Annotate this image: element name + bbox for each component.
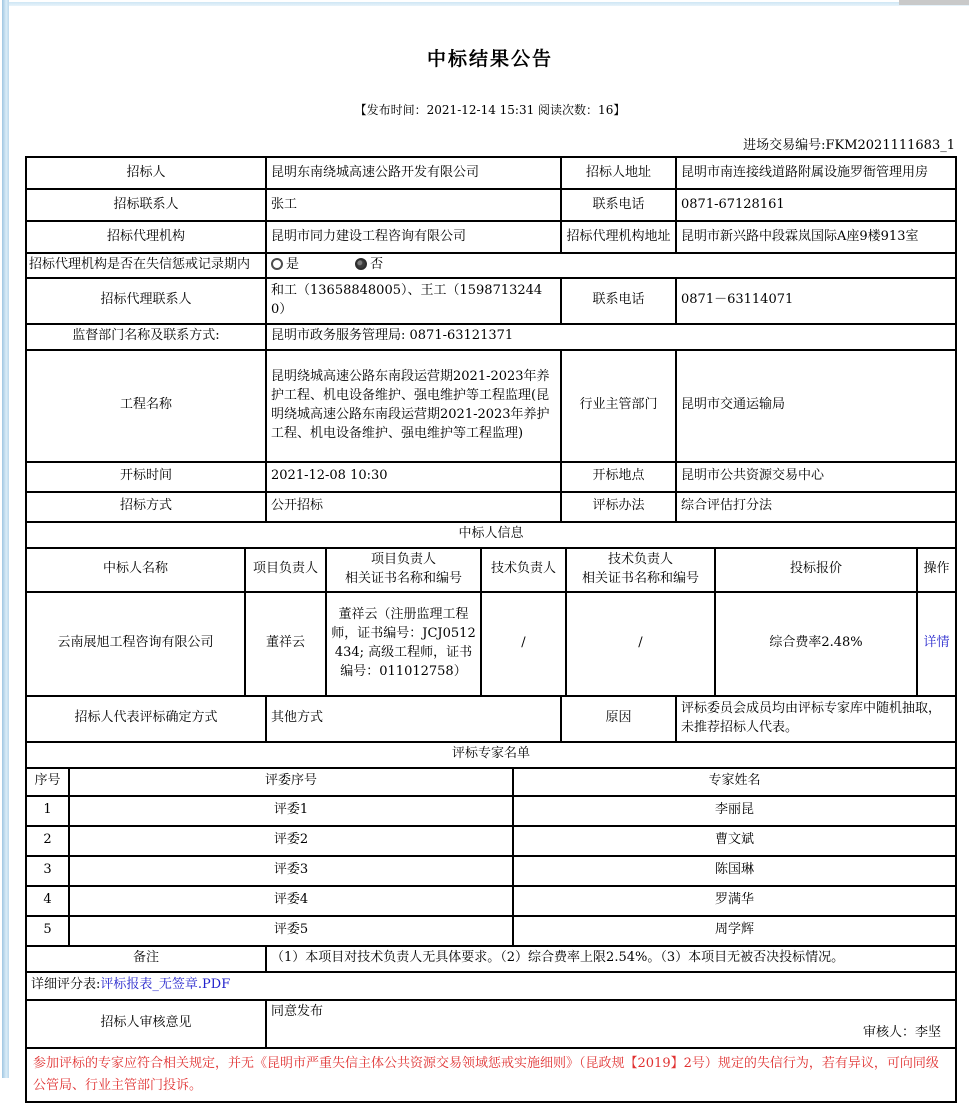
winner-price: 综合费率2.48% [715, 592, 917, 696]
winner-col-action: 操作 [917, 548, 956, 592]
table-row: 招标人 昆明东南绕城高速公路开发有限公司 招标人地址 昆明市南连接线道路附属设施… [26, 157, 956, 189]
contact-value: 张工 [266, 189, 561, 221]
review-cell: 同意发布 审核人：李坚 [266, 1000, 956, 1048]
winner-col-pm-cert: 项目负责人 相关证书名称和编号 [326, 548, 481, 592]
table-row: 招标方式 公开招标 评标办法 综合评估打分法 [26, 492, 956, 522]
expert-no: 1 [26, 796, 69, 826]
page-title: 中标结果公告 [25, 44, 955, 71]
expert-no: 3 [26, 856, 69, 886]
expert-name: 曹文斌 [513, 826, 956, 856]
review-label: 招标人审核意见 [26, 1000, 266, 1048]
expert-no: 5 [26, 916, 69, 946]
winner-row: 云南展旭工程咨询有限公司 董祥云 董祥云（注册监理工程师，证书编号：JCJ051… [26, 592, 956, 696]
trade-number: 进场交易编号:FKM2021111683_1 [25, 134, 955, 153]
winner-tech-cert: / [566, 592, 715, 696]
winner-col-pm: 项目负责人 [245, 548, 326, 592]
bidder-addr-label: 招标人地址 [561, 157, 676, 189]
detail-link[interactable]: 详情 [923, 635, 949, 650]
determine-value: 其他方式 [266, 696, 561, 742]
credit-option-yes[interactable]: 是 [271, 256, 299, 275]
agency-phone-value: 0871－63114071 [676, 278, 956, 324]
table-row: 参加评标的专家应符合相关规定，并无《昆明市严重失信主体公共资源交易领域惩戒实施细… [26, 1048, 956, 1078]
expert-name: 李丽昆 [513, 796, 956, 826]
table-row: 招标人审核意见 同意发布 审核人：李坚 [26, 1000, 956, 1048]
reason-value: 评标委员会成员均由评标专家库中随机抽取，未推荐招标人代表。 [676, 696, 956, 742]
project-name-label: 工程名称 [26, 350, 266, 462]
credit-record-label: 招标代理机构是否在失信惩戒记录期内 [26, 253, 266, 278]
supervisor-value: 昆明市政务服务管理局: 0871-63121371 [266, 324, 956, 350]
bidder-value: 昆明东南绕城高速公路开发有限公司 [266, 157, 561, 189]
credit-record-options: 是 否 [266, 253, 956, 278]
expert-judge: 评委4 [69, 886, 513, 916]
bottom-table: 备注 （1）本项目对技术负责人无具体要求。（2）综合费率上限2.54%。（3）本… [25, 945, 957, 1078]
table-row: 工程名称 昆明绕城高速公路东南段运营期2021-2023年养护工程、机电设备维护… [26, 350, 956, 462]
contact-phone-label: 联系电话 [561, 189, 676, 221]
table-row: 招标联系人 张工 联系电话 0871-67128161 [26, 189, 956, 221]
experts-section-title: 评标专家名单 [26, 742, 956, 768]
winner-pm: 董祥云 [245, 592, 326, 696]
expert-row: 3 评委3 陈国琳 [26, 856, 956, 886]
experts-header-row: 序号 评委序号 专家姓名 [26, 768, 956, 796]
contact-phone-value: 0871-67128161 [676, 189, 956, 221]
expert-judge: 评委3 [69, 856, 513, 886]
table-row: 评标专家名单 [26, 742, 956, 768]
expert-row: 2 评委2 曹文斌 [26, 826, 956, 856]
review-signer: 审核人：李坚 [863, 1024, 941, 1043]
footer-warning-text: 参加评标的专家应符合相关规定，并无《昆明市严重失信主体公共资源交易领域惩戒实施细… [26, 1048, 956, 1078]
remark-label: 备注 [26, 946, 266, 972]
agency-phone-label: 联系电话 [561, 278, 676, 324]
table-row: 招标代理联系人 和工（13658848005）、王工（15987132440） … [26, 278, 956, 324]
expert-no: 4 [26, 886, 69, 916]
bid-method-label: 招标方式 [26, 492, 266, 522]
table-row: 招标人代表评标确定方式 其他方式 原因 评标委员会成员均由评标专家库中随机抽取，… [26, 696, 956, 742]
winner-col-tech-cert: 技术负责人 相关证书名称和编号 [566, 548, 715, 592]
table-row: 开标时间 2021-12-08 10:30 开标地点 昆明市公共资源交易中心 [26, 462, 956, 492]
expert-name: 罗满华 [513, 886, 956, 916]
expert-judge: 评委2 [69, 826, 513, 856]
bid-method-value: 公开招标 [266, 492, 561, 522]
review-value: 同意发布 [271, 1003, 323, 1022]
agency-label: 招标代理机构 [26, 221, 266, 253]
winner-col-price: 投标报价 [715, 548, 917, 592]
experts-col-no: 序号 [26, 768, 69, 796]
agency-contact-label: 招标代理联系人 [26, 278, 266, 324]
open-time-label: 开标时间 [26, 462, 266, 492]
score-sheet-label: 详细评分表: [31, 977, 100, 992]
determine-table: 招标人代表评标确定方式 其他方式 原因 评标委员会成员均由评标专家库中随机抽取，… [25, 695, 957, 769]
industry-dept-label: 行业主管部门 [561, 350, 676, 462]
announcement-document: 中标结果公告 【发布时间：2021-12-14 15:31 阅读次数：16】 进… [25, 0, 955, 1078]
industry-dept-value: 昆明市交通运输局 [676, 350, 956, 462]
score-sheet-link[interactable]: 评标报表_无签章.PDF [100, 977, 230, 992]
expert-row: 1 评委1 李丽昆 [26, 796, 956, 826]
table-row: 详细评分表:评标报表_无签章.PDF [26, 972, 956, 1000]
agency-contact-value: 和工（13658848005）、王工（15987132440） [266, 278, 561, 324]
agency-value: 昆明市同力建设工程咨询有限公司 [266, 221, 561, 253]
open-place-value: 昆明市公共资源交易中心 [676, 462, 956, 492]
reason-label: 原因 [561, 696, 676, 742]
credit-yes-label: 是 [286, 257, 299, 272]
winner-company: 云南展旭工程咨询有限公司 [26, 592, 245, 696]
radio-checked-icon[interactable] [355, 258, 367, 270]
bid-info-table: 招标人 昆明东南绕城高速公路开发有限公司 招标人地址 昆明市南连接线道路附属设施… [25, 156, 957, 549]
experts-col-judge: 评委序号 [69, 768, 513, 796]
publish-meta: 【发布时间：2021-12-14 15:31 阅读次数：16】 [25, 101, 955, 118]
table-row: 中标人信息 [26, 522, 956, 548]
agency-addr-label: 招标代理机构地址 [561, 221, 676, 253]
expert-judge: 评委5 [69, 916, 513, 946]
score-sheet-cell: 详细评分表:评标报表_无签章.PDF [26, 972, 956, 1000]
expert-name: 周学辉 [513, 916, 956, 946]
expert-judge: 评委1 [69, 796, 513, 826]
experts-col-name: 专家姓名 [513, 768, 956, 796]
bidder-addr-value: 昆明市南连接线道路附属设施罗衙管理用房 [676, 157, 956, 189]
credit-option-no[interactable]: 否 [355, 256, 383, 275]
winner-tech: / [481, 592, 566, 696]
open-place-label: 开标地点 [561, 462, 676, 492]
bidder-label: 招标人 [26, 157, 266, 189]
table-row: 监督部门名称及联系方式: 昆明市政务服务管理局: 0871-63121371 [26, 324, 956, 350]
winner-col-tech: 技术负责人 [481, 548, 566, 592]
table-row: 招标代理机构是否在失信惩戒记录期内 是 否 [26, 253, 956, 278]
determine-label: 招标人代表评标确定方式 [26, 696, 266, 742]
contact-label: 招标联系人 [26, 189, 266, 221]
credit-no-label: 否 [370, 257, 383, 272]
expert-row: 5 评委5 周学辉 [26, 916, 956, 946]
winner-pm-cert: 董祥云（注册监理工程师，证书编号：JCJ0512434; 高级工程师，证书编号：… [326, 592, 481, 696]
experts-table: 序号 评委序号 专家姓名 1 评委1 李丽昆 2 评委2 曹文斌 3 评委3 陈… [25, 767, 957, 947]
eval-method-value: 综合评估打分法 [676, 492, 956, 522]
winner-header-row: 中标人名称 项目负责人 项目负责人 相关证书名称和编号 技术负责人 技术负责人 … [26, 548, 956, 592]
remark-value: （1）本项目对技术负责人无具体要求。（2）综合费率上限2.54%。（3）本项目无… [266, 946, 956, 972]
winner-table: 中标人名称 项目负责人 项目负责人 相关证书名称和编号 技术负责人 技术负责人 … [25, 547, 957, 697]
supervisor-label: 监督部门名称及联系方式: [26, 324, 266, 350]
winner-section-title: 中标人信息 [26, 522, 956, 548]
expert-name: 陈国琳 [513, 856, 956, 886]
table-row: 招标代理机构 昆明市同力建设工程咨询有限公司 招标代理机构地址 昆明市新兴路中段… [26, 221, 956, 253]
agency-addr-value: 昆明市新兴路中段霖岚国际A座9楼913室 [676, 221, 956, 253]
radio-unchecked-icon[interactable] [271, 258, 283, 270]
open-time-value: 2021-12-08 10:30 [266, 462, 561, 492]
window-frame-left [2, 0, 9, 1078]
winner-col-company: 中标人名称 [26, 548, 245, 592]
expert-row: 4 评委4 罗满华 [26, 886, 956, 916]
table-row: 备注 （1）本项目对技术负责人无具体要求。（2）综合费率上限2.54%。（3）本… [26, 946, 956, 972]
eval-method-label: 评标办法 [561, 492, 676, 522]
expert-no: 2 [26, 826, 69, 856]
project-name-value: 昆明绕城高速公路东南段运营期2021-2023年养护工程、机电设备维护、强电维护… [266, 350, 561, 462]
